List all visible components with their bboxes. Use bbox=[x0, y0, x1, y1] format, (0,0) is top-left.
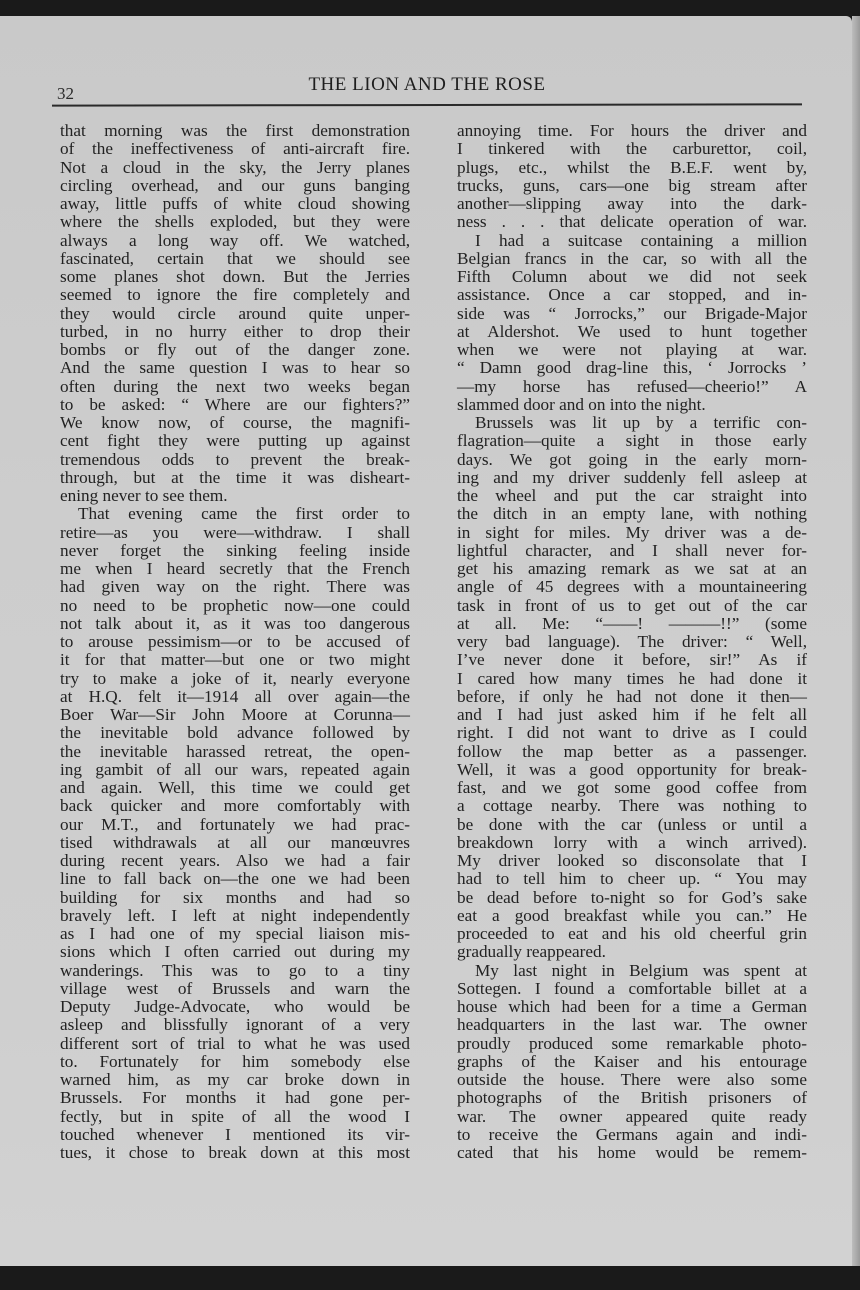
text-line: when we were not playing at war. bbox=[457, 341, 807, 359]
text-line: That evening came the first order to bbox=[60, 505, 410, 523]
text-line: back quicker and more comfortably with bbox=[60, 797, 410, 815]
text-line: Not a cloud in the sky, the Jerry planes bbox=[60, 159, 410, 177]
text-line: side was “ Jorrocks,” our Brigade-Major bbox=[457, 305, 807, 323]
text-line: and again. Well, this time we could get bbox=[60, 779, 410, 797]
text-line: graphs of the Kaiser and his entourage bbox=[457, 1053, 807, 1071]
text-line: house which had been for a time a German bbox=[457, 998, 807, 1016]
text-line: the ditch in an empty lane, with nothing bbox=[457, 505, 807, 523]
text-line: ing and my driver suddenly fell asleep a… bbox=[457, 469, 807, 487]
text-line: fast, and we got some good coffee from bbox=[457, 779, 807, 797]
text-line: “ Damn good drag-line this, ‘ Jorrocks ’ bbox=[457, 359, 807, 377]
text-line: they would circle around quite unper- bbox=[60, 305, 410, 323]
text-line: proudly produced some remarkable photo- bbox=[457, 1035, 807, 1053]
text-line: ening never to see them. bbox=[60, 487, 410, 505]
text-line: angle of 45 degrees with a mountaineerin… bbox=[457, 578, 807, 596]
text-line: asleep and blissfully ignorant of a very bbox=[60, 1016, 410, 1034]
text-line: at Aldershot. We used to hunt together bbox=[457, 323, 807, 341]
text-line: Fifth Column about we did not seek bbox=[457, 268, 807, 286]
text-line: Brussels. For months it had gone per- bbox=[60, 1089, 410, 1107]
text-line: flagration—quite a sight in those early bbox=[457, 432, 807, 450]
text-line: away, little puffs of white cloud showin… bbox=[60, 195, 410, 213]
text-line: no need to be prophetic now—one could bbox=[60, 597, 410, 615]
text-line: assistance. Once a car stopped, and in- bbox=[457, 286, 807, 304]
text-line: lightful character, and I shall never fo… bbox=[457, 542, 807, 560]
text-line: photographs of the British prisoners of bbox=[457, 1089, 807, 1107]
text-line: slammed door and on into the night. bbox=[457, 396, 807, 414]
text-line: sions which I often carried out during m… bbox=[60, 943, 410, 961]
left-column: that morning was the first demonstration… bbox=[60, 122, 410, 1162]
text-line: tremendous odds to prevent the break- bbox=[60, 451, 410, 469]
text-line: to. Fortunately for him somebody else bbox=[60, 1053, 410, 1071]
text-line: wanderings. This was to go to a tiny bbox=[60, 962, 410, 980]
text-line: fectly, but in spite of all the wood I bbox=[60, 1108, 410, 1126]
text-line: war. The owner appeared quite ready bbox=[457, 1108, 807, 1126]
text-line: gradually reappeared. bbox=[457, 943, 807, 961]
text-line: another—slipping away into the dark- bbox=[457, 195, 807, 213]
text-line: I’ve never done it before, sir!” As if bbox=[457, 651, 807, 669]
page-header: 32 THE LION AND THE ROSE bbox=[52, 68, 802, 108]
text-line: always a long way off. We watched, bbox=[60, 232, 410, 250]
header-rule bbox=[52, 103, 802, 106]
text-line: headquarters in the last war. The owner bbox=[457, 1016, 807, 1034]
text-line: We know now, of course, the magnifi- bbox=[60, 414, 410, 432]
text-line: bombs or fly out of the danger zone. bbox=[60, 341, 410, 359]
text-line: And the same question I was to hear so bbox=[60, 359, 410, 377]
text-line: that morning was the first demonstration bbox=[60, 122, 410, 140]
text-line: get his amazing remark as we sat at an bbox=[457, 560, 807, 578]
text-line: Belgian francs in the car, so with all t… bbox=[457, 250, 807, 268]
text-line: outside the house. There were also some bbox=[457, 1071, 807, 1089]
text-line: bravely left. I left at night independen… bbox=[60, 907, 410, 925]
text-line: different sort of trial to what he was u… bbox=[60, 1035, 410, 1053]
text-line: try to make a joke of it, nearly everyon… bbox=[60, 670, 410, 688]
text-line: our M.T., and fortunately we had prac- bbox=[60, 816, 410, 834]
text-line: line to fall back on—the one we had been bbox=[60, 870, 410, 888]
text-line: My driver looked so disconsolate that I bbox=[457, 852, 807, 870]
text-line: I tinkered with the carburettor, coil, bbox=[457, 140, 807, 158]
text-line: be dead before to-night so for God’s sak… bbox=[457, 889, 807, 907]
text-line: Sottegen. I found a comfortable billet a… bbox=[457, 980, 807, 998]
text-line: I cared how many times he had done it bbox=[457, 670, 807, 688]
text-line: had given way on the right. There was bbox=[60, 578, 410, 596]
text-line: the wheel and put the car straight into bbox=[457, 487, 807, 505]
text-line: building for six months and had so bbox=[60, 889, 410, 907]
text-line: annoying time. For hours the driver and bbox=[457, 122, 807, 140]
text-line: touched whenever I mentioned its vir- bbox=[60, 1126, 410, 1144]
text-line: to receive the Germans again and indi- bbox=[457, 1126, 807, 1144]
text-line: task in front of us to get out of the ca… bbox=[457, 597, 807, 615]
right-column: annoying time. For hours the driver andI… bbox=[457, 122, 807, 1162]
text-line: the inevitable bold advance followed by bbox=[60, 724, 410, 742]
text-line: ness . . . that delicate operation of wa… bbox=[457, 213, 807, 231]
text-line: Deputy Judge-Advocate, who would be bbox=[60, 998, 410, 1016]
text-line: cated that his home would be remem- bbox=[457, 1144, 807, 1162]
text-line: to arouse pessimism—or to be accused of bbox=[60, 633, 410, 651]
text-line: circling overhead, and our guns banging bbox=[60, 177, 410, 195]
text-line: before, if only he had not done it then— bbox=[457, 688, 807, 706]
text-line: it for that matter—but one or two might bbox=[60, 651, 410, 669]
text-line: Well, it was a good opportunity for brea… bbox=[457, 761, 807, 779]
text-line: to be asked: “ Where are our fighters?” bbox=[60, 396, 410, 414]
text-line: My last night in Belgium was spent at bbox=[457, 962, 807, 980]
text-line: and I had just asked him if he felt all bbox=[457, 706, 807, 724]
text-line: never forget the sinking feeling inside bbox=[60, 542, 410, 560]
text-line: where the shells exploded, but they were bbox=[60, 213, 410, 231]
text-line: not talk about it, as it was too dangero… bbox=[60, 615, 410, 633]
text-line: had to tell him to cheer up. “ You may bbox=[457, 870, 807, 888]
text-line: ing gambit of all our wars, repeated aga… bbox=[60, 761, 410, 779]
text-line: Brussels was lit up by a terrific con- bbox=[457, 414, 807, 432]
text-line: trucks, guns, cars—one big stream after bbox=[457, 177, 807, 195]
text-line: seemed to ignore the fire completely and bbox=[60, 286, 410, 304]
text-line: cent fight they were putting up against bbox=[60, 432, 410, 450]
text-line: retire—as you were—withdraw. I shall bbox=[60, 524, 410, 542]
text-line: turbed, in no hurry either to drop their bbox=[60, 323, 410, 341]
text-line: during recent years. Also we had a fair bbox=[60, 852, 410, 870]
text-line: village west of Brussels and warn the bbox=[60, 980, 410, 998]
text-line: a cottage nearby. There was nothing to bbox=[457, 797, 807, 815]
page-binding-edge bbox=[852, 16, 860, 1266]
text-line: proceeded to eat and his old cheerful gr… bbox=[457, 925, 807, 943]
text-line: of the ineffectiveness of anti-aircraft … bbox=[60, 140, 410, 158]
text-line: the inevitable harassed retreat, the ope… bbox=[60, 743, 410, 761]
running-title: THE LION AND THE ROSE bbox=[52, 74, 802, 96]
text-line: days. We got going in the early morn- bbox=[457, 451, 807, 469]
text-line: often during the next two weeks began bbox=[60, 378, 410, 396]
text-line: Boer War—Sir John Moore at Corunna— bbox=[60, 706, 410, 724]
text-line: through, but at the time it was disheart… bbox=[60, 469, 410, 487]
text-line: breakdown lorry with a winch arrived). bbox=[457, 834, 807, 852]
text-line: in sight for miles. My driver was a de- bbox=[457, 524, 807, 542]
text-line: I had a suitcase containing a million bbox=[457, 232, 807, 250]
text-line: some planes shot down. But the Jerries bbox=[60, 268, 410, 286]
text-line: at H.Q. felt it—1914 all over again—the bbox=[60, 688, 410, 706]
text-line: eat a good breakfast while you can.” He bbox=[457, 907, 807, 925]
text-line: —my horse has refused—cheerio!” A bbox=[457, 378, 807, 396]
text-line: tised withdrawals at all our manœuvres bbox=[60, 834, 410, 852]
text-line: me when I heard secretly that the French bbox=[60, 560, 410, 578]
text-line: very bad language). The driver: “ Well, bbox=[457, 633, 807, 651]
text-line: fascinated, certain that we should see bbox=[60, 250, 410, 268]
text-line: plugs, etc., whilst the B.E.F. went by, bbox=[457, 159, 807, 177]
text-line: follow the map better as a passenger. bbox=[457, 743, 807, 761]
text-line: at all. Me: “——! ———!!” (some bbox=[457, 615, 807, 633]
text-line: tues, it chose to break down at this mos… bbox=[60, 1144, 410, 1162]
text-line: right. I did not want to drive as I coul… bbox=[457, 724, 807, 742]
text-line: warned him, as my car broke down in bbox=[60, 1071, 410, 1089]
text-line: as I had one of my special liaison mis- bbox=[60, 925, 410, 943]
text-line: be done with the car (unless or until a bbox=[457, 816, 807, 834]
